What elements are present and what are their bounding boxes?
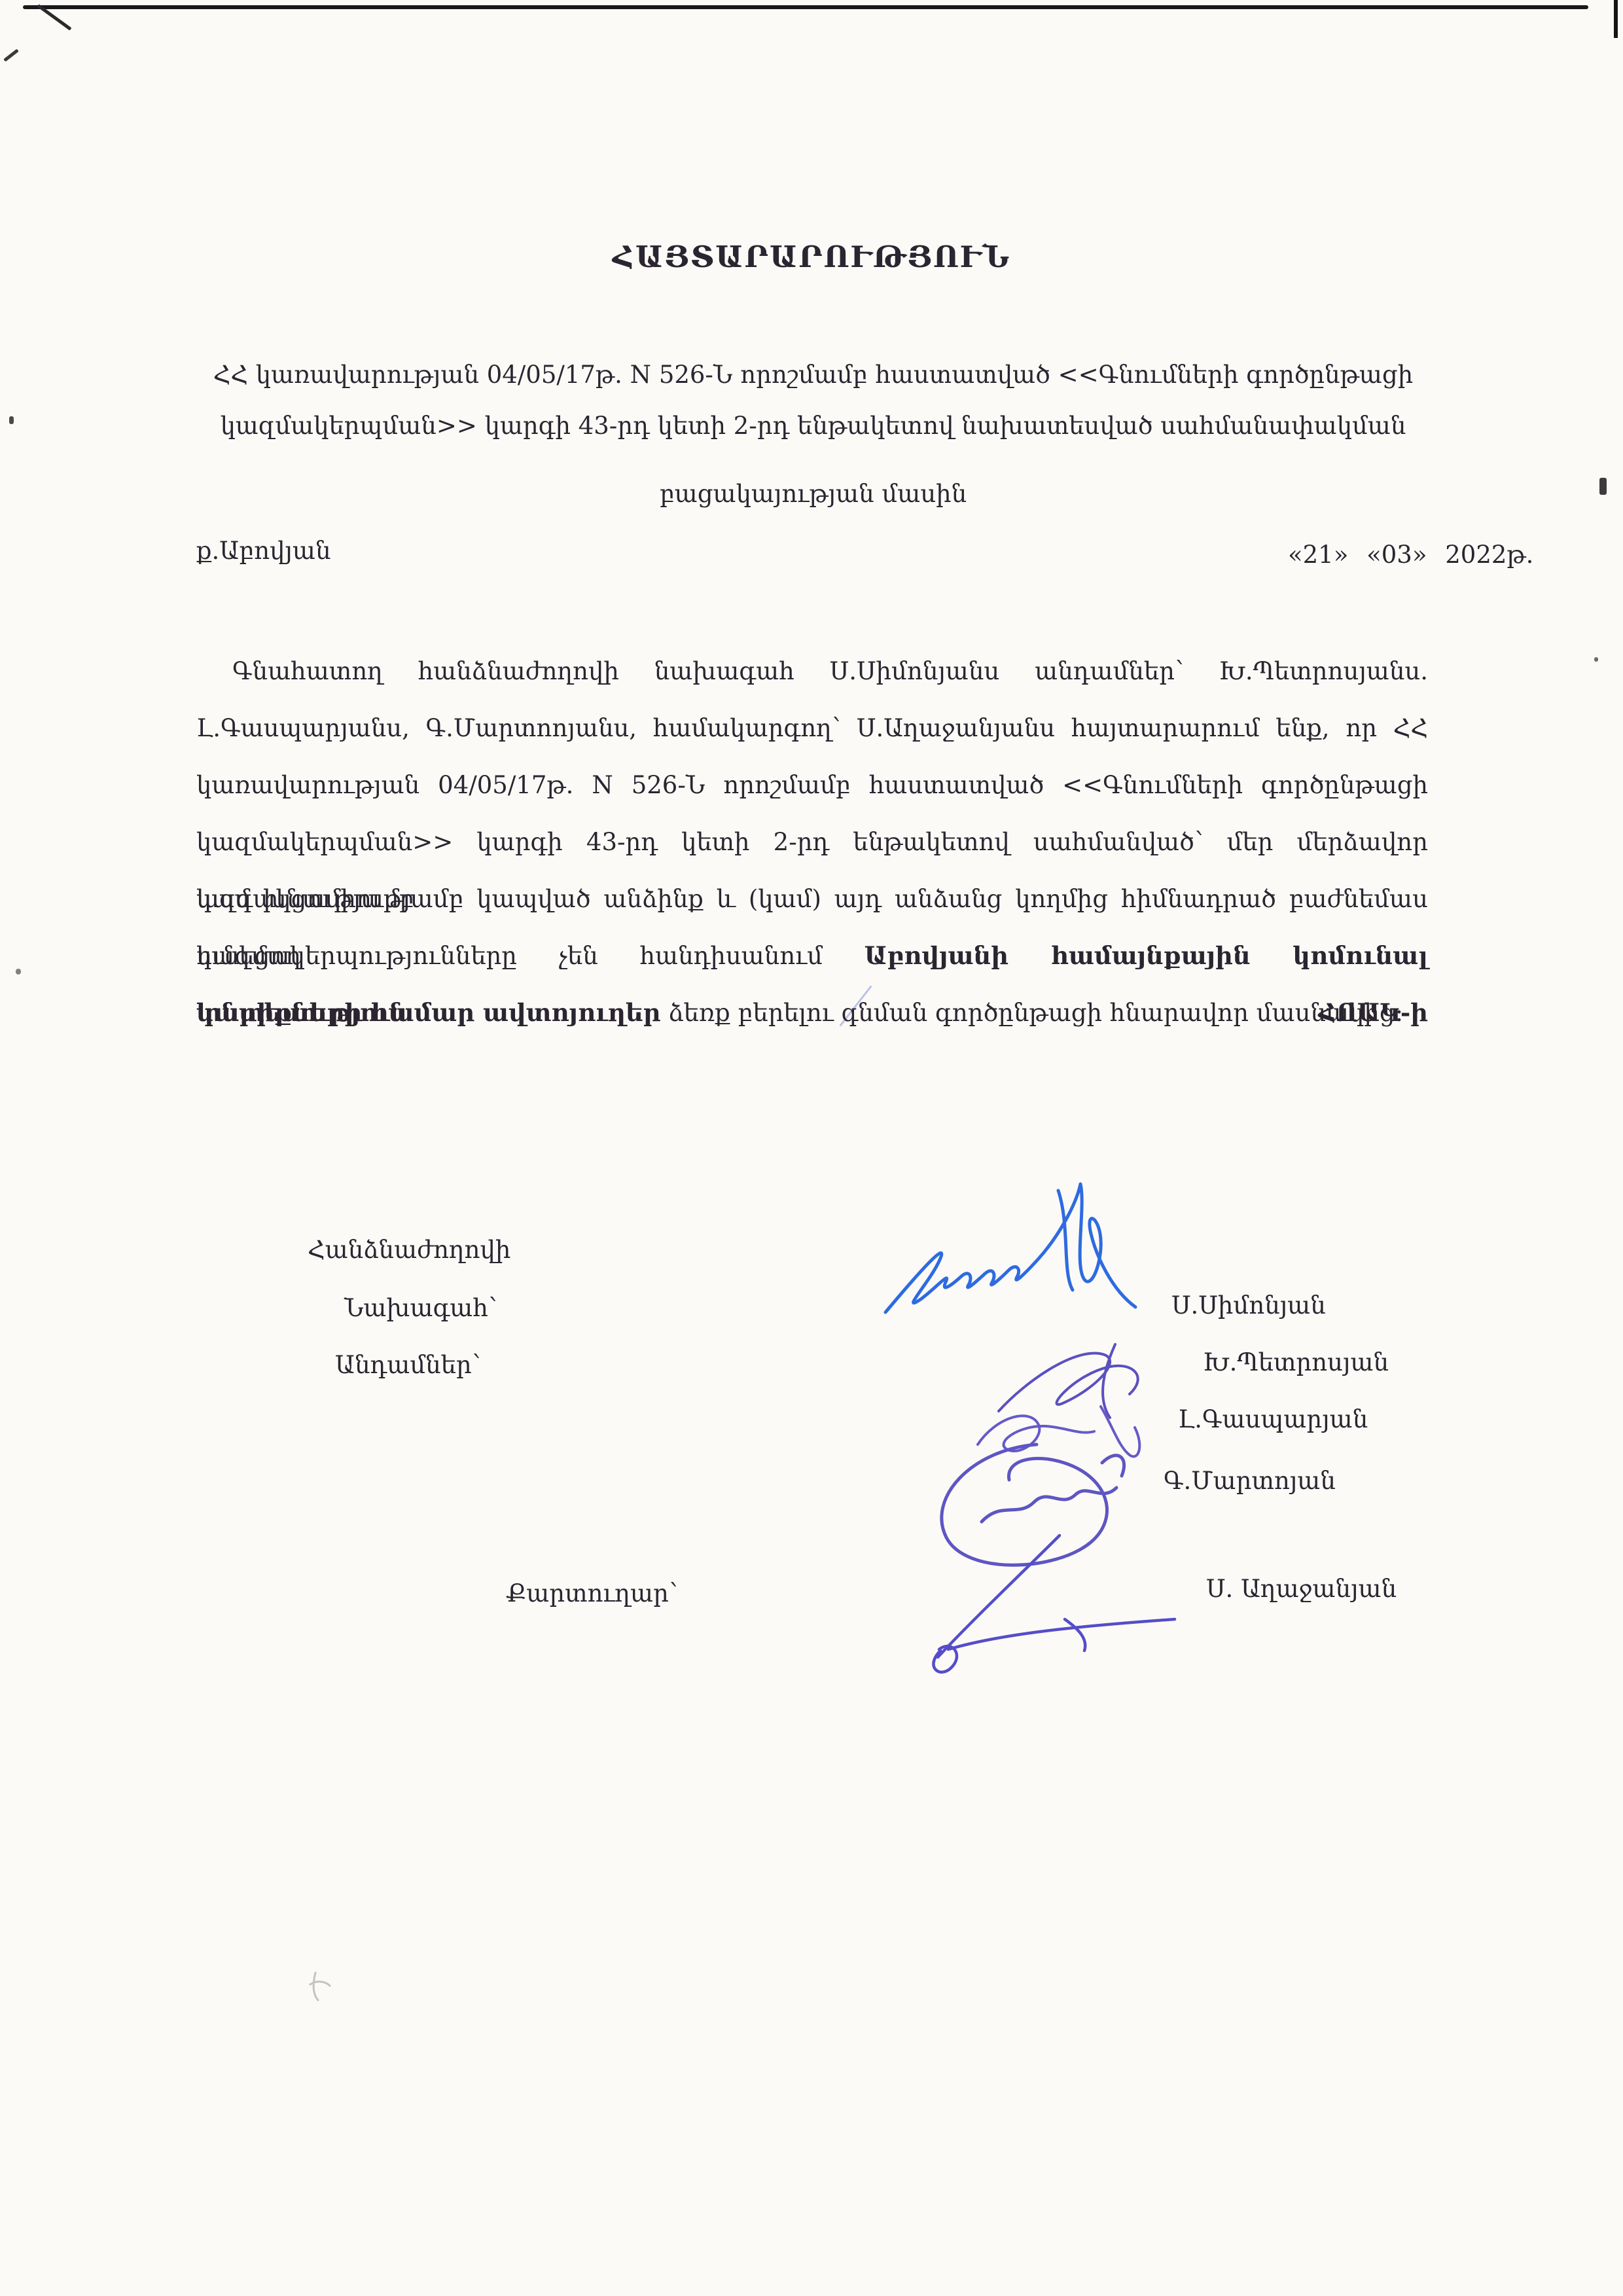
- page-title: ՀԱՅՏԱՐԱՐՈՒԹՅՈՒՆ: [7, 240, 1616, 274]
- subject-line-1: ՀՀ կառավարության 04/05/17թ. N 526-Ն որոշ…: [196, 361, 1430, 389]
- body-line-7-regular: ձեռք բերելու գնման գործընթացի հնարավոր մ…: [661, 999, 1404, 1027]
- document-date: «21» «03» 2022թ.: [1288, 541, 1533, 569]
- signature-secretary: [900, 1516, 1194, 1679]
- scan-artifact-speck: [9, 416, 14, 424]
- chairman-name: Ս.Սիմոնյան: [1171, 1291, 1326, 1319]
- member-name-1: Խ.Պետրոսյան: [1203, 1348, 1389, 1376]
- signature-member-1: [980, 1334, 1183, 1426]
- member-name-3: Գ.Մարտոյան: [1164, 1467, 1336, 1495]
- member-name-2: Լ.Գասպարյան: [1178, 1405, 1368, 1433]
- scan-artifact-speck: [1594, 657, 1598, 662]
- scan-artifact-left-dash: [3, 49, 19, 62]
- scan-artifact-speck: [16, 969, 21, 975]
- members-label: Անդամներ՝: [335, 1351, 480, 1379]
- scan-artifact-speck: [1599, 478, 1607, 495]
- committee-label: Հանձնաժողովի: [308, 1236, 510, 1264]
- body-line-7: կարիքների համար ավտոյուղեր ձեռք բերելու …: [196, 984, 1428, 1041]
- signature-chairman: [874, 1174, 1175, 1324]
- body-line-7-bold: կարիքների համար ավտոյուղեր: [196, 998, 661, 1027]
- body-line-3: կառավարության 04/05/17թ. N 526-Ն որոշմամ…: [196, 757, 1428, 814]
- body-line-6: կազմակերպությունները չեն հանդիսանում Աբո…: [196, 927, 1428, 984]
- chairman-label: Նախագահ՝: [344, 1294, 497, 1322]
- scan-artifact-pencil-mark: [308, 1969, 336, 2004]
- body-line-2: Լ.Գասպարյանս, Գ.Մարտոոյանս, համակարգող՝ …: [196, 700, 1428, 757]
- place-city: ք.Աբովյան: [196, 537, 331, 565]
- body-line-4: կազմակերպման>> կարգի 43-րդ կետի 2-րդ ենթ…: [196, 814, 1428, 870]
- scan-artifact-right-edge: [1614, 0, 1618, 38]
- secretary-label: Քարտուղար՝: [506, 1579, 677, 1607]
- signature-member-3: [908, 1422, 1157, 1573]
- secretary-name: Ս. Աղաջանյան: [1206, 1575, 1397, 1603]
- subject-line-3: բացակայության մասին: [196, 480, 1430, 508]
- body-line-1: Գնահատող հանձնաժողովի նախագահ Ս.Սիմոնյան…: [196, 643, 1428, 700]
- scanned-declaration-page: { "document": { "title": "ՀԱՅՏԱՐԱՐՈՒԹՅՈՒ…: [0, 0, 1623, 2296]
- scan-artifact-top-line: [23, 5, 1588, 9]
- body-line-5: կամ խնամիությամբ կապված անձինք և (կամ) ա…: [196, 870, 1428, 927]
- subject-line-2: կազմակերպման>> կարգի 43-րդ կետի 2-րդ ենթ…: [196, 412, 1430, 440]
- body-line-6-regular: կազմակերպությունները չեն հանդիսանում: [196, 942, 865, 970]
- body-paragraph: Գնահատող հանձնաժողովի նախագահ Ս.Սիմոնյան…: [196, 643, 1428, 1041]
- signature-member-2: [961, 1390, 1157, 1468]
